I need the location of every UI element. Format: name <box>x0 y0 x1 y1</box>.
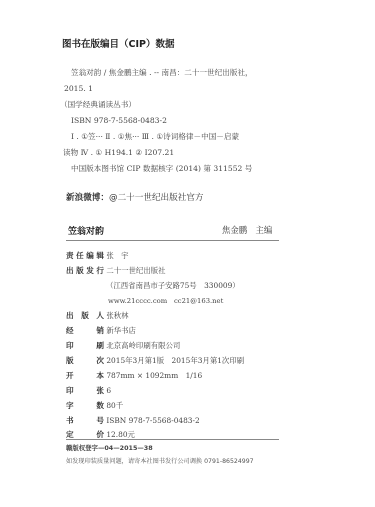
detail-value: 二十一世纪出版社 <box>106 266 165 275</box>
detail-value: 80千 <box>106 401 123 410</box>
detail-value: 787mm × 1092mm 1/16 <box>106 371 202 380</box>
detail-row: 出版人 张秋林 <box>66 310 129 321</box>
detail-value: 6 <box>106 386 111 395</box>
bottom-rule <box>66 439 279 440</box>
cip-line: ISBN 978-7-5568-0483-2 <box>71 116 167 125</box>
detail-value: 北京高岭印刷有限公司 <box>106 341 180 350</box>
detail-label: 开本 <box>66 370 104 381</box>
title-rule <box>66 240 279 241</box>
book-title: 笠翁对韵 <box>68 224 104 237</box>
cip-line: Ⅰ . ①笠··· Ⅱ . ①焦··· Ⅲ . ①诗词格律－中国－启蒙 <box>71 131 239 142</box>
weibo-line: 新浪微博：@二十一世纪出版社官方 <box>66 191 204 203</box>
detail-row: 版次 2015年3月第1版 2015年3月第1次印刷 <box>66 355 244 366</box>
detail-value: 张秋林 <box>106 311 128 320</box>
weibo-label: 新浪微博： <box>66 193 109 203</box>
detail-label: 印刷 <box>66 340 104 351</box>
quality-notice: 如发现印装质量问题，请寄本社图书发行公司调换 0791-86524997 <box>66 456 254 465</box>
detail-row: 书号 ISBN 978-7-5568-0483-2 <box>66 415 200 426</box>
detail-label: 出版发行 <box>66 265 104 276</box>
cip-line: 2015. 1 <box>64 84 93 93</box>
detail-value: www.21cccc.com cc21@163.net <box>108 297 223 305</box>
cip-line: 笠翁对韵 / 焦金鹏主编 . -- 南昌：二十一世纪出版社， <box>71 67 253 78</box>
detail-label: 责任编辑 <box>66 250 104 261</box>
detail-row: 印刷 北京高岭印刷有限公司 <box>66 340 180 351</box>
weibo-handle: @二十一世纪出版社官方 <box>109 193 204 203</box>
detail-label: 出版人 <box>66 310 104 321</box>
detail-row: 责任编辑 张 宇 <box>66 250 129 261</box>
detail-value: 张 宇 <box>106 251 128 260</box>
detail-label: 版次 <box>66 355 104 366</box>
detail-label: 字数 <box>66 400 104 411</box>
detail-label: 印张 <box>66 385 104 396</box>
detail-row: 经销 新华书店 <box>66 325 136 336</box>
detail-value: 新华书店 <box>106 326 136 335</box>
detail-value: ISBN 978-7-5568-0483-2 <box>106 416 199 425</box>
detail-value: 2015年3月第1版 2015年3月第1次印刷 <box>106 356 244 365</box>
copyright-registration: 赣版权登字—04—2015—38 <box>66 443 153 452</box>
cip-line: 读物 Ⅳ . ① H194.1 ② I207.21 <box>63 147 174 158</box>
detail-row: www.21cccc.com cc21@163.net <box>108 295 223 305</box>
book-editor: 焦金鹏 主编 <box>222 224 272 236</box>
detail-row: 开本 787mm × 1092mm 1/16 <box>66 370 202 381</box>
detail-row: 印张 6 <box>66 385 111 396</box>
detail-row: （江西省南昌市子安路75号 330009） <box>106 280 240 291</box>
detail-row: 字数 80千 <box>66 400 123 411</box>
detail-row: 出版发行 二十一世纪出版社 <box>66 265 166 276</box>
cip-line: （国学经典诵读丛书） <box>60 99 136 110</box>
cip-heading: 图书在版编目（CIP）数据 <box>62 36 174 50</box>
cip-line: 中国版本图书馆 CIP 数据核字 (2014) 第 311552 号 <box>71 163 252 174</box>
detail-value: 12.80元 <box>106 430 135 439</box>
detail-value: （江西省南昌市子安路75号 330009） <box>106 281 240 290</box>
detail-label: 经销 <box>66 325 104 336</box>
detail-label: 书号 <box>66 415 104 426</box>
